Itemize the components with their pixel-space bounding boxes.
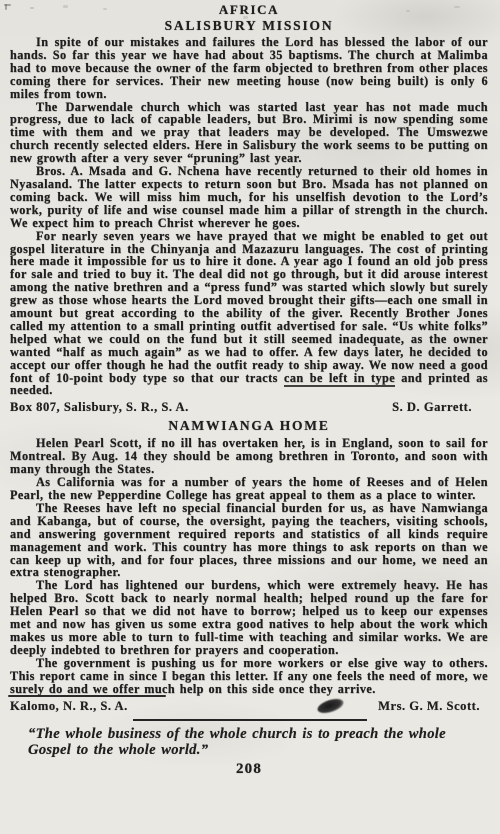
article-body-namwianga: Helen Pearl Scott, if no ill has overtak… — [10, 437, 488, 695]
paragraph-text: Bros. A. Msada and G. Nchena have recent… — [10, 164, 488, 230]
scan-artifact-speck — [454, 6, 460, 8]
signoff-address: Kalomo, N. R., S. A. — [10, 699, 128, 713]
scan-artifact-speck — [63, 5, 68, 8]
paragraph: Bros. A. Msada and G. Nchena have recent… — [10, 165, 488, 230]
paragraph-text: Helen Pearl Scott, if no ill has overtak… — [10, 436, 488, 476]
paragraph: The government is pushing us for more wo… — [10, 657, 488, 696]
scan-artifact-speck — [243, 16, 248, 19]
paragraph-text: The government is pushing us for more wo… — [10, 656, 488, 696]
paragraph-text: For nearly seven years we have prayed th… — [10, 229, 488, 385]
paragraph-text: The Reeses have left no special financia… — [10, 501, 488, 580]
signoff-author: Mrs. G. M. Scott. — [378, 699, 480, 713]
scan-artifact-speck — [30, 7, 34, 9]
paragraph-text: The Lord has lightened our burdens, whic… — [10, 578, 488, 657]
underlined-phrase: can be left in type — [284, 371, 395, 387]
signoff-author: S. D. Garrett. — [392, 400, 472, 414]
section-title-namwianga-home: NAMWIANGA HOME — [10, 418, 488, 434]
scanned-magazine-page: AFRICA SALISBURY MISSION In spite of our… — [0, 0, 500, 834]
paragraph: Helen Pearl Scott, if no ill has overtak… — [10, 437, 488, 476]
signature-row-namwianga: Kalomo, N. R., S. A. Mrs. G. M. Scott. — [10, 699, 488, 713]
section-title-salisbury-mission: SALISBURY MISSION — [10, 18, 488, 34]
closing-quote: “The whole business of the whole church … — [10, 724, 488, 758]
paragraph-text: As California was for a number of years … — [10, 475, 488, 502]
signoff-address: Box 807, Salisbury, S. R., S. A. — [10, 400, 189, 414]
page-number: 208 — [10, 761, 488, 777]
scan-artifact-speck — [406, 10, 410, 12]
scan-artifact-speck — [103, 8, 107, 10]
divider-rule — [133, 719, 367, 721]
paragraph: As California was for a number of years … — [10, 476, 488, 502]
paragraph: For nearly seven years we have prayed th… — [10, 230, 488, 398]
scan-artifact-speck — [5, 4, 7, 10]
masthead-title: AFRICA — [10, 3, 488, 17]
signature-row-salisbury: Box 807, Salisbury, S. R., S. A. S. D. G… — [10, 400, 488, 414]
paragraph: The Darwendale church which was started … — [10, 101, 488, 166]
paragraph-text: The Darwendale church which was started … — [10, 100, 488, 166]
paragraph: The Lord has lightened our burdens, whic… — [10, 579, 488, 656]
page-content: AFRICA SALISBURY MISSION In spite of our… — [0, 0, 500, 777]
paragraph-text: In spite of our mistakes and failures th… — [10, 35, 488, 101]
paragraph: The Reeses have left no special financia… — [10, 502, 488, 579]
article-body-salisbury: In spite of our mistakes and failures th… — [10, 36, 488, 397]
ink-blot-artifact — [316, 696, 345, 716]
paragraph: In spite of our mistakes and failures th… — [10, 36, 488, 101]
